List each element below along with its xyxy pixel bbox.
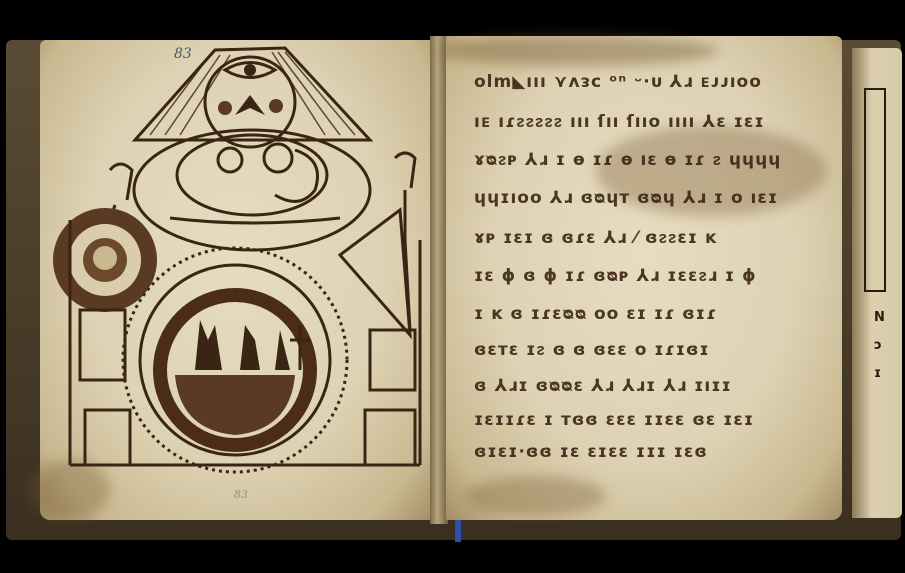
photo-stage: N ɔ ɪ 83 83 [0, 0, 905, 573]
text-line: ɞ ⅄ɹɪ ɞᴓᴓɛ ⅄ɹ ⅄ɹɪ ⅄ɹ ɪıɪɪ [474, 376, 732, 396]
text-line: ɤᴓᴤᴘ ⅄ɹ ɪ ɵ ɪɾ ɵ ıɛ ɵ ɪɾ ᴤ ɥɥɥɥ [474, 150, 781, 170]
right-figure-icon [395, 153, 415, 330]
left-page: 83 83 [40, 40, 432, 520]
text-line: ɞɪɛɪ·ɞɞ ɪɛ ɛɪɛɛ ɪɪɪ ɪɛɞ [474, 442, 708, 462]
margin-mark: N [874, 310, 885, 325]
margin-mark: ɪ [874, 366, 881, 381]
binding-thread [455, 520, 461, 542]
text-line: ɥɥɪıoo ⅄ɹ ɞᴓɥᴛ ɞᴓɥ ⅄ɹ ɪ o ıɛɪ [474, 188, 778, 208]
text-line: ɪɛɪɪɾɛ ɪ ᴛɞɞ ɛɛɛ ɪɪɛɛ ɞɛ ɪɛɪ [474, 410, 754, 430]
text-line: ıᴇ ıɾᴤᴤᴤᴤᴤ ııı ſıı ſııo ıııı ⅄ɛ ɪɛɪ [474, 112, 765, 132]
far-right-page: N ɔ ɪ [852, 48, 902, 518]
margin-box [864, 88, 886, 292]
stain [466, 476, 606, 516]
text-line: olm◣ııı ⋎ᴧᴈᴄ ᵒⁿ ᵕ·ᴜ ⅄ɹ ᴇᴊᴊıoo [474, 72, 762, 92]
text-line: ɤᴘ ɪɛɪ ɞ ɞɾɛ ⅄ɹ ⁄ ɞᴤᴤɛɪ ᴋ [474, 228, 717, 248]
stain [438, 36, 718, 66]
text-line: ɪ ᴋ ɞ ɪɾɛᴓᴓ oo ɛɪ ɪɾ ɞɪɾ [474, 304, 717, 324]
illustration [40, 40, 432, 520]
text-line: ɪɛ ɸ ɞ ɸ ɪɾ ɞᴓᴘ ⅄ɹ ɪɛɛᴤɹ ɪ ɸ [474, 266, 757, 286]
margin-mark: ɔ [874, 338, 882, 353]
city-icon [195, 320, 290, 370]
text-line: ɞɛᴛɛ ɪᴤ ɞ ɞ ɞɛɛ o ɪɾɪɞɪ [474, 340, 710, 360]
